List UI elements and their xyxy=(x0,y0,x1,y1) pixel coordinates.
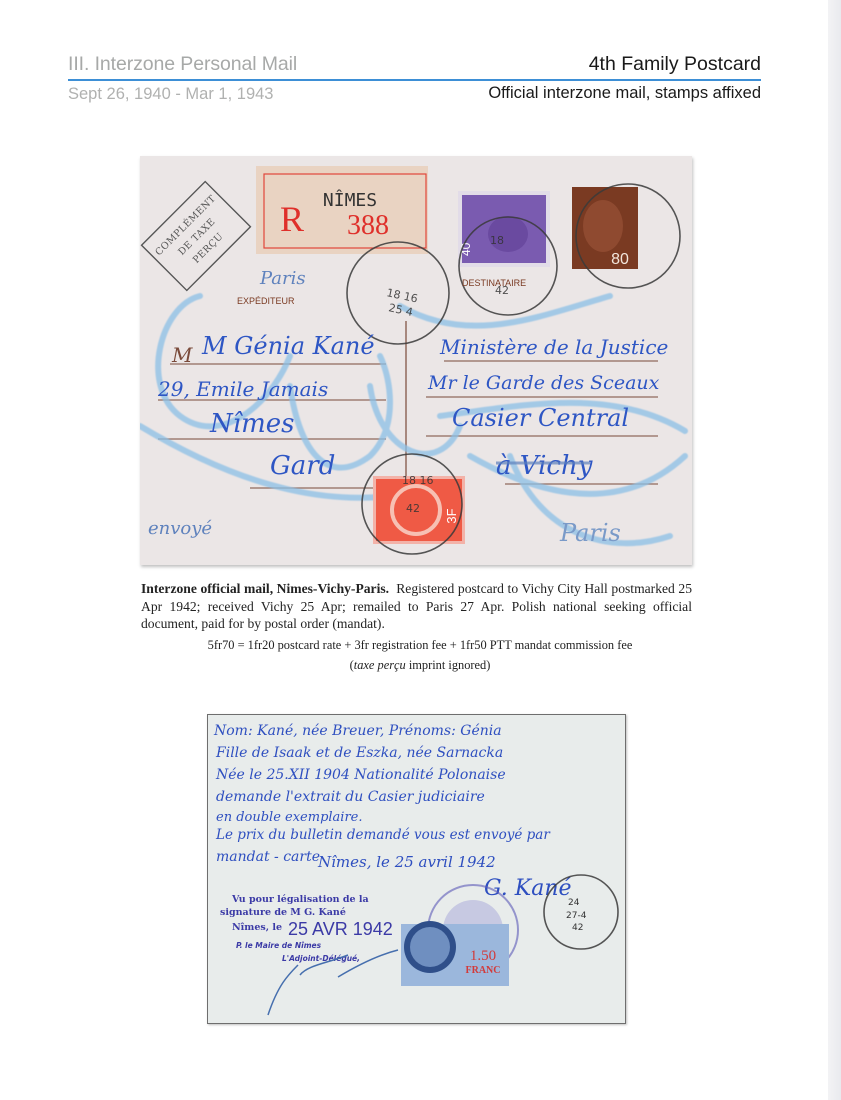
svg-text:Vu pour légalisation de la: Vu pour légalisation de la xyxy=(231,894,369,905)
svg-text:388: 388 xyxy=(347,210,389,241)
svg-text:FRANC: FRANC xyxy=(466,965,501,976)
imprint-note: (taxe perçu imprint ignored) xyxy=(100,658,740,673)
svg-text:NÎMES: NÎMES xyxy=(323,189,377,211)
page-subtitle: Official interzone mail, stamps affixed xyxy=(488,84,761,103)
svg-text:Nîmes, le: Nîmes, le xyxy=(232,922,282,933)
svg-text:42: 42 xyxy=(572,923,583,933)
svg-text:Ministère de la Justice: Ministère de la Justice xyxy=(439,335,668,359)
svg-text:Nîmes, le 25 avril 1942: Nîmes, le 25 avril 1942 xyxy=(317,853,496,871)
caption-title: Interzone official mail, Nimes-Vichy-Par… xyxy=(141,581,389,596)
svg-text:signature de M G. Kané: signature de M G. Kané xyxy=(220,907,346,918)
svg-text:Gard: Gard xyxy=(270,451,335,481)
postage-rate-breakdown: 5fr70 = 1fr20 postcard rate + 3fr regist… xyxy=(100,638,740,653)
note-rest: imprint ignored) xyxy=(406,658,491,672)
svg-text:demande l'extrait du Casier ju: demande l'extrait du Casier judiciaire xyxy=(216,789,485,805)
svg-text:18 16: 18 16 xyxy=(402,474,434,487)
section-title: III. Interzone Personal Mail xyxy=(68,53,297,76)
page-edge-shadow xyxy=(828,0,841,1100)
svg-text:envoyé: envoyé xyxy=(148,518,212,539)
svg-text:24: 24 xyxy=(568,898,580,908)
page-title: 4th Family Postcard xyxy=(589,53,761,76)
exhibit-caption: Interzone official mail, Nimes-Vichy-Par… xyxy=(141,580,692,633)
svg-text:Née le 25.XII 1904 Nationali: Née le 25.XII 1904 Nationalité Polonaise xyxy=(215,767,506,783)
svg-text:29, Emile Jamais: 29, Emile Jamais xyxy=(157,377,328,401)
svg-text:EXPÉDITEUR: EXPÉDITEUR xyxy=(237,296,295,306)
header-rule xyxy=(68,79,761,81)
svg-text:Nîmes: Nîmes xyxy=(209,409,294,439)
svg-text:Casier Central: Casier Central xyxy=(452,404,629,432)
complement-de-taxe-cachet: COMPLÉMENT DE TAXE PERÇU xyxy=(142,182,251,291)
section-dates: Sept 26, 1940 - Mar 1, 1943 xyxy=(68,85,273,104)
svg-text:27-4: 27-4 xyxy=(566,911,587,921)
svg-text:Mr le Garde des Sceaux: Mr le Garde des Sceaux xyxy=(427,372,660,394)
svg-text:18: 18 xyxy=(490,234,504,247)
svg-text:DESTINATAIRE: DESTINATAIRE xyxy=(462,278,526,288)
postcard-back-image: Nom: Kané, née Breuer, Prénoms: Génia Fi… xyxy=(207,714,626,1024)
svg-text:1.50: 1.50 xyxy=(470,948,496,964)
svg-text:R: R xyxy=(280,199,304,239)
svg-text:G. Kané: G. Kané xyxy=(484,876,572,901)
svg-text:Nom: Kané, née Breuer, Prénoms: Nom: Kané, née Breuer, Prénoms: Génia xyxy=(213,723,502,739)
svg-text:Fille de Isaak et de Eszka, né: Fille de Isaak et de Eszka, née Sarnacka xyxy=(215,745,503,761)
postcard-front-image: COMPLÉMENT DE TAXE PERÇU R NÎMES 388 40 … xyxy=(140,156,692,565)
svg-text:Le prix du bulletin demandé vo: Le prix du bulletin demandé vous est env… xyxy=(215,827,551,843)
svg-text:M: M xyxy=(171,343,193,367)
svg-text:80: 80 xyxy=(611,251,629,268)
svg-text:mandat - carte: mandat - carte xyxy=(216,849,320,865)
svg-text:M Génia Kané: M Génia Kané xyxy=(201,332,375,360)
svg-text:Paris: Paris xyxy=(559,519,621,547)
svg-text:42: 42 xyxy=(406,502,420,515)
svg-text:en double exemplaire.: en double exemplaire. xyxy=(216,810,363,825)
svg-text:25 AVR 1942: 25 AVR 1942 xyxy=(288,919,393,939)
svg-text:P. le Maire de Nîmes: P. le Maire de Nîmes xyxy=(236,941,322,950)
svg-text:Paris: Paris xyxy=(259,268,306,289)
note-italic: taxe perçu xyxy=(354,658,406,672)
svg-text:3F: 3F xyxy=(444,508,459,523)
svg-text:L'Adjoint-Délégué,: L'Adjoint-Délégué, xyxy=(282,954,360,963)
svg-text:à Vichy: à Vichy xyxy=(496,451,593,481)
